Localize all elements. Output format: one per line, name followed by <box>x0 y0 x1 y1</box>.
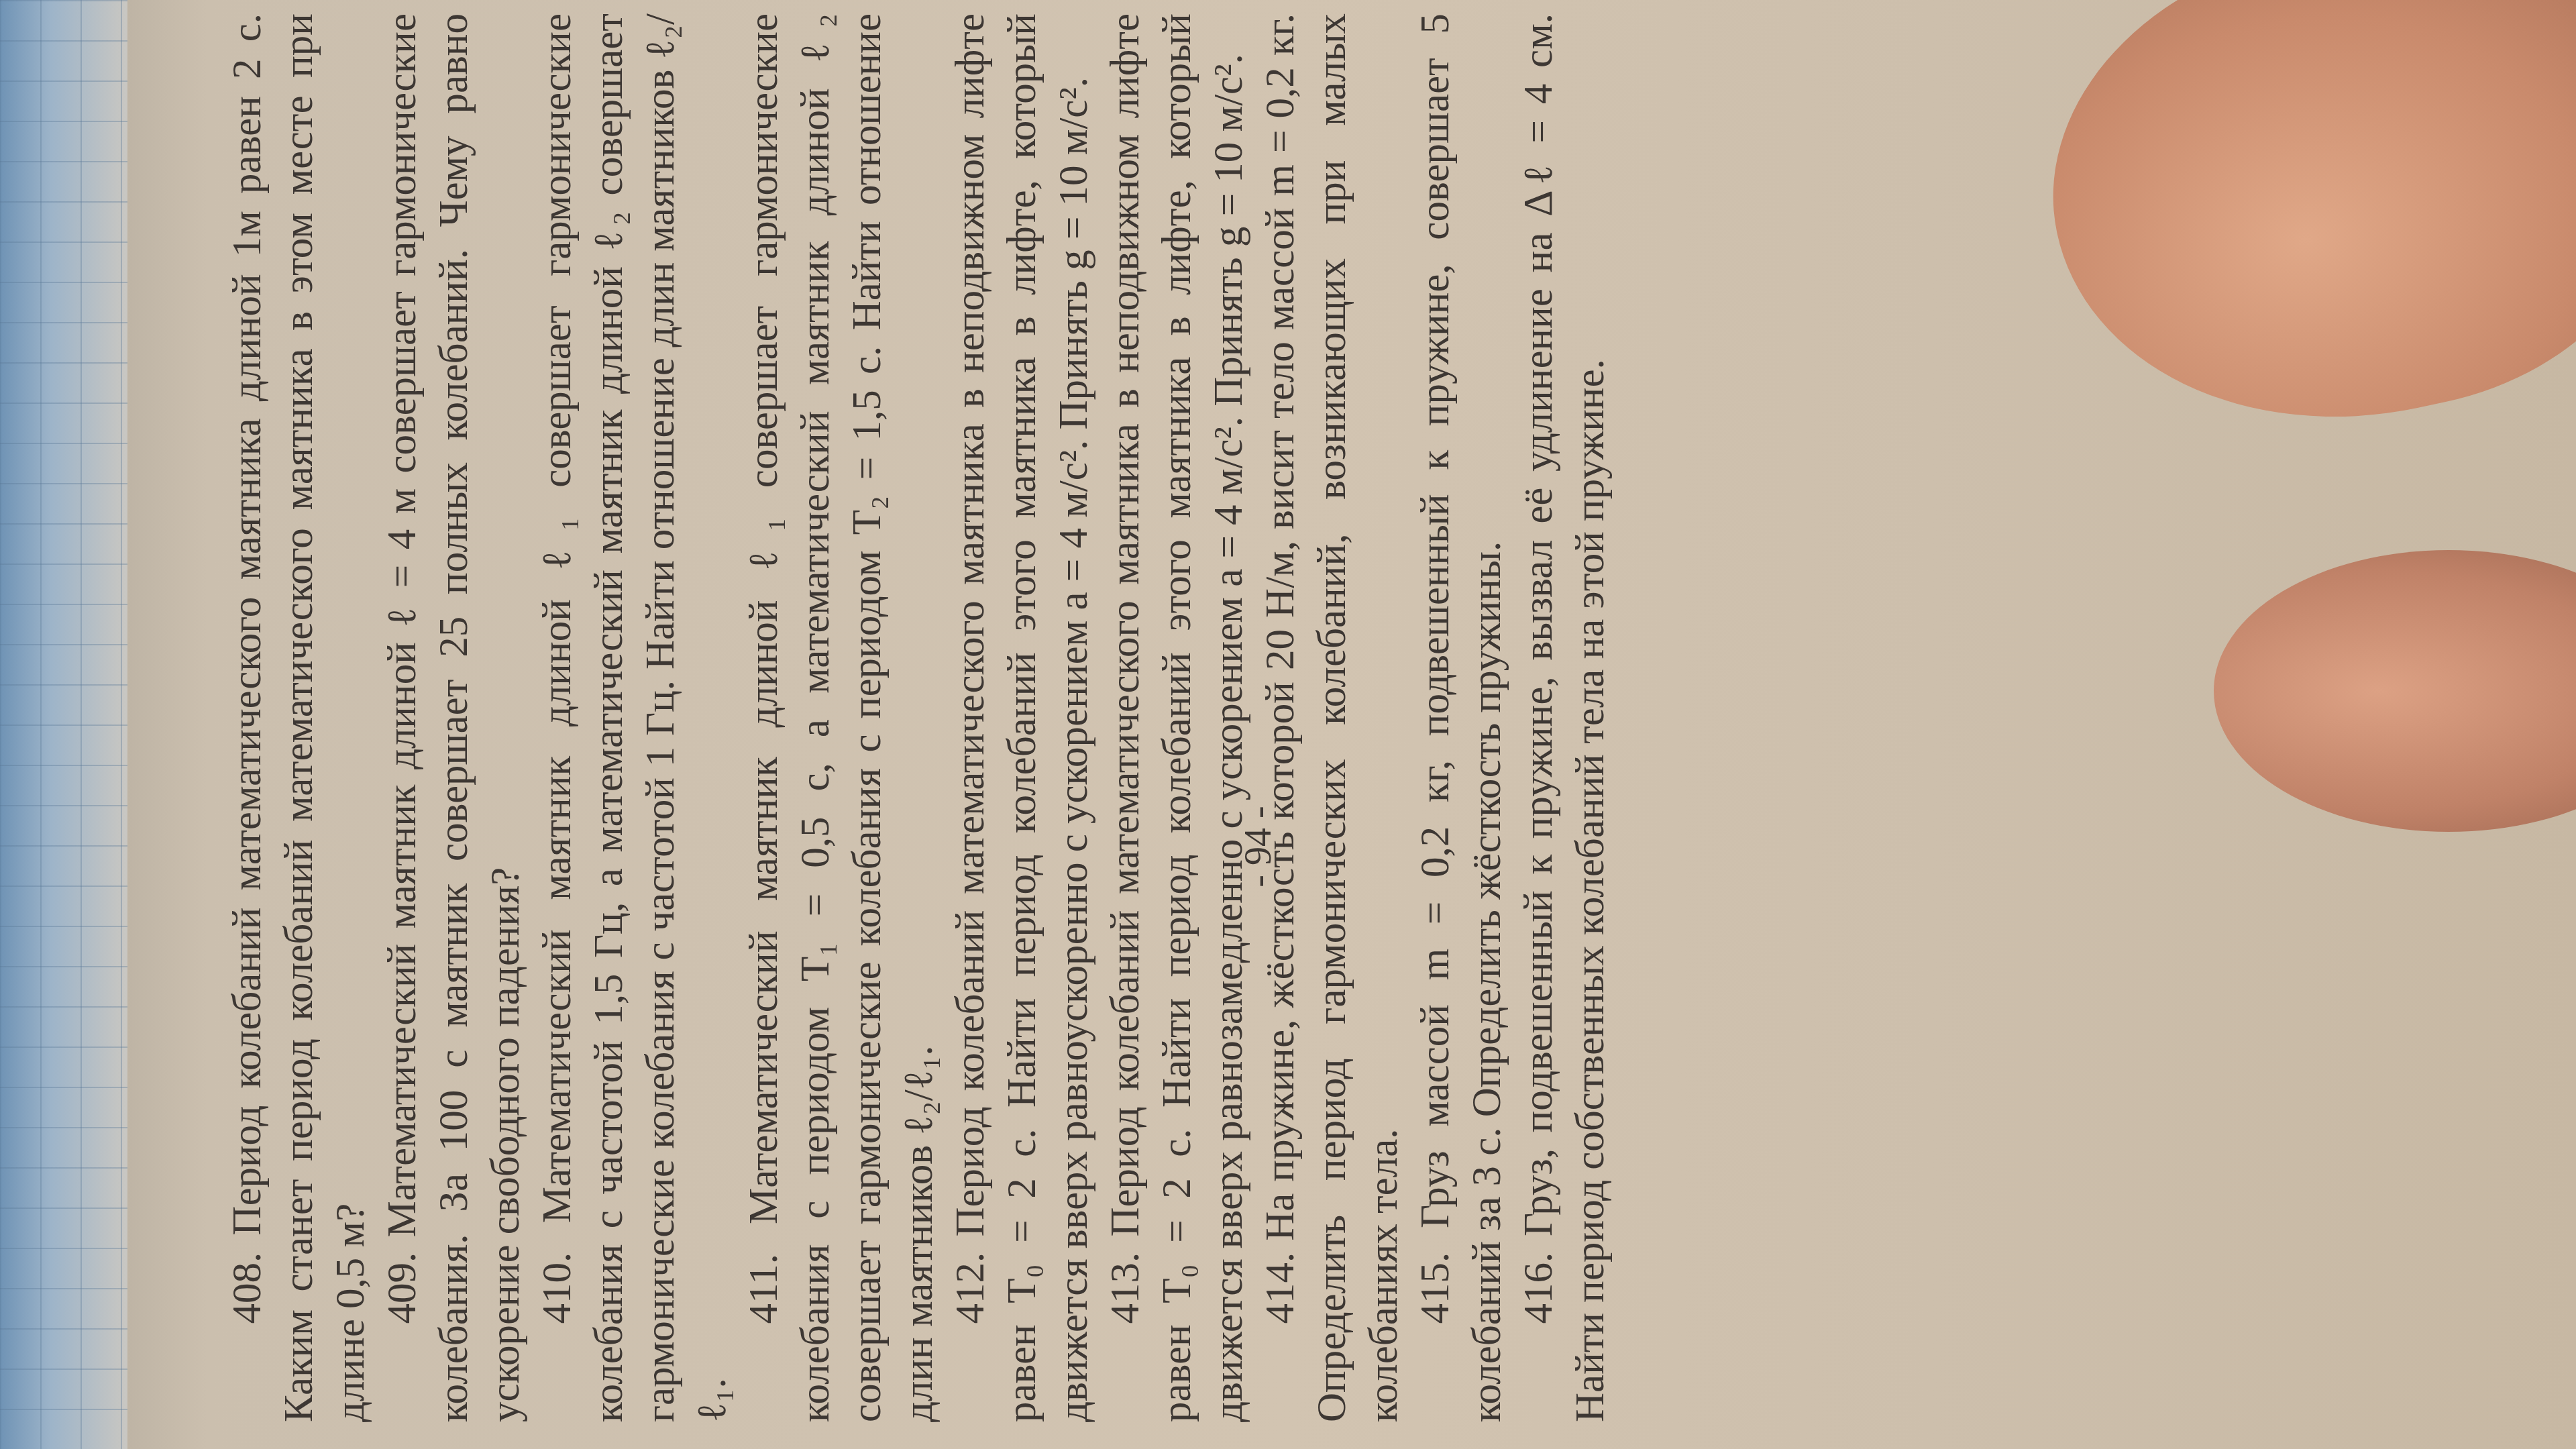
textbook-page: 408. Период колебаний математического ма… <box>221 13 2033 1422</box>
problem-411: 411. Математический маятник длиной ℓ₁ со… <box>738 13 945 1422</box>
finger-index <box>2214 550 2576 832</box>
problem-text: Период колебаний математического маятник… <box>1103 13 1251 1422</box>
problem-text: Груз, подвешенный к пружине, вызвал её у… <box>1516 13 1613 1422</box>
problem-number: 408. <box>225 1252 270 1324</box>
problem-list: 408. Период колебаний математического ма… <box>221 13 1616 1422</box>
notebook-background <box>0 0 127 1449</box>
problem-410: 410. Математический маятник длиной ℓ₁ со… <box>531 13 738 1422</box>
problem-text: На пружине, жёсткость которой 20 Н/м, ви… <box>1258 13 1406 1422</box>
problem-414: 414. На пружине, жёсткость которой 20 Н/… <box>1254 13 1409 1422</box>
problem-412: 412. Период колебаний математического ма… <box>945 13 1099 1422</box>
problem-number: 410. <box>535 1252 580 1324</box>
problem-text: Математический маятник длиной ℓ₁ соверша… <box>535 13 735 1422</box>
problem-number: 415. <box>1413 1252 1458 1324</box>
page-number: - 94 - <box>1237 806 1280 887</box>
finger-thumb <box>2010 0 2576 474</box>
problem-number: 412. <box>948 1252 993 1324</box>
grid-pattern <box>0 0 127 1449</box>
problem-number: 414. <box>1258 1252 1303 1324</box>
problem-number: 411. <box>741 1254 786 1324</box>
problem-413: 413. Период колебаний математического ма… <box>1099 13 1254 1422</box>
problem-text: Груз массой m = 0,2 кг, подвешенный к пр… <box>1413 13 1509 1422</box>
problem-text: Математический маятник длиной ℓ = 4 м со… <box>380 13 528 1422</box>
problem-text: Период колебаний математического маятник… <box>948 13 1096 1422</box>
problem-number: 416. <box>1516 1252 1561 1324</box>
problem-number: 413. <box>1103 1252 1148 1324</box>
problem-408: 408. Период колебаний математического ма… <box>221 13 376 1422</box>
problem-415: 415. Груз массой m = 0,2 кг, подвешенный… <box>1409 13 1513 1422</box>
problem-409: 409. Математический маятник длиной ℓ = 4… <box>376 13 531 1422</box>
problem-416: 416. Груз, подвешенный к пружине, вызвал… <box>1513 13 1616 1422</box>
problem-text: Математический маятник длиной ℓ₁ соверша… <box>741 13 941 1422</box>
problem-number: 409. <box>380 1252 425 1324</box>
problem-text: Период колебаний математического маятник… <box>225 13 373 1422</box>
